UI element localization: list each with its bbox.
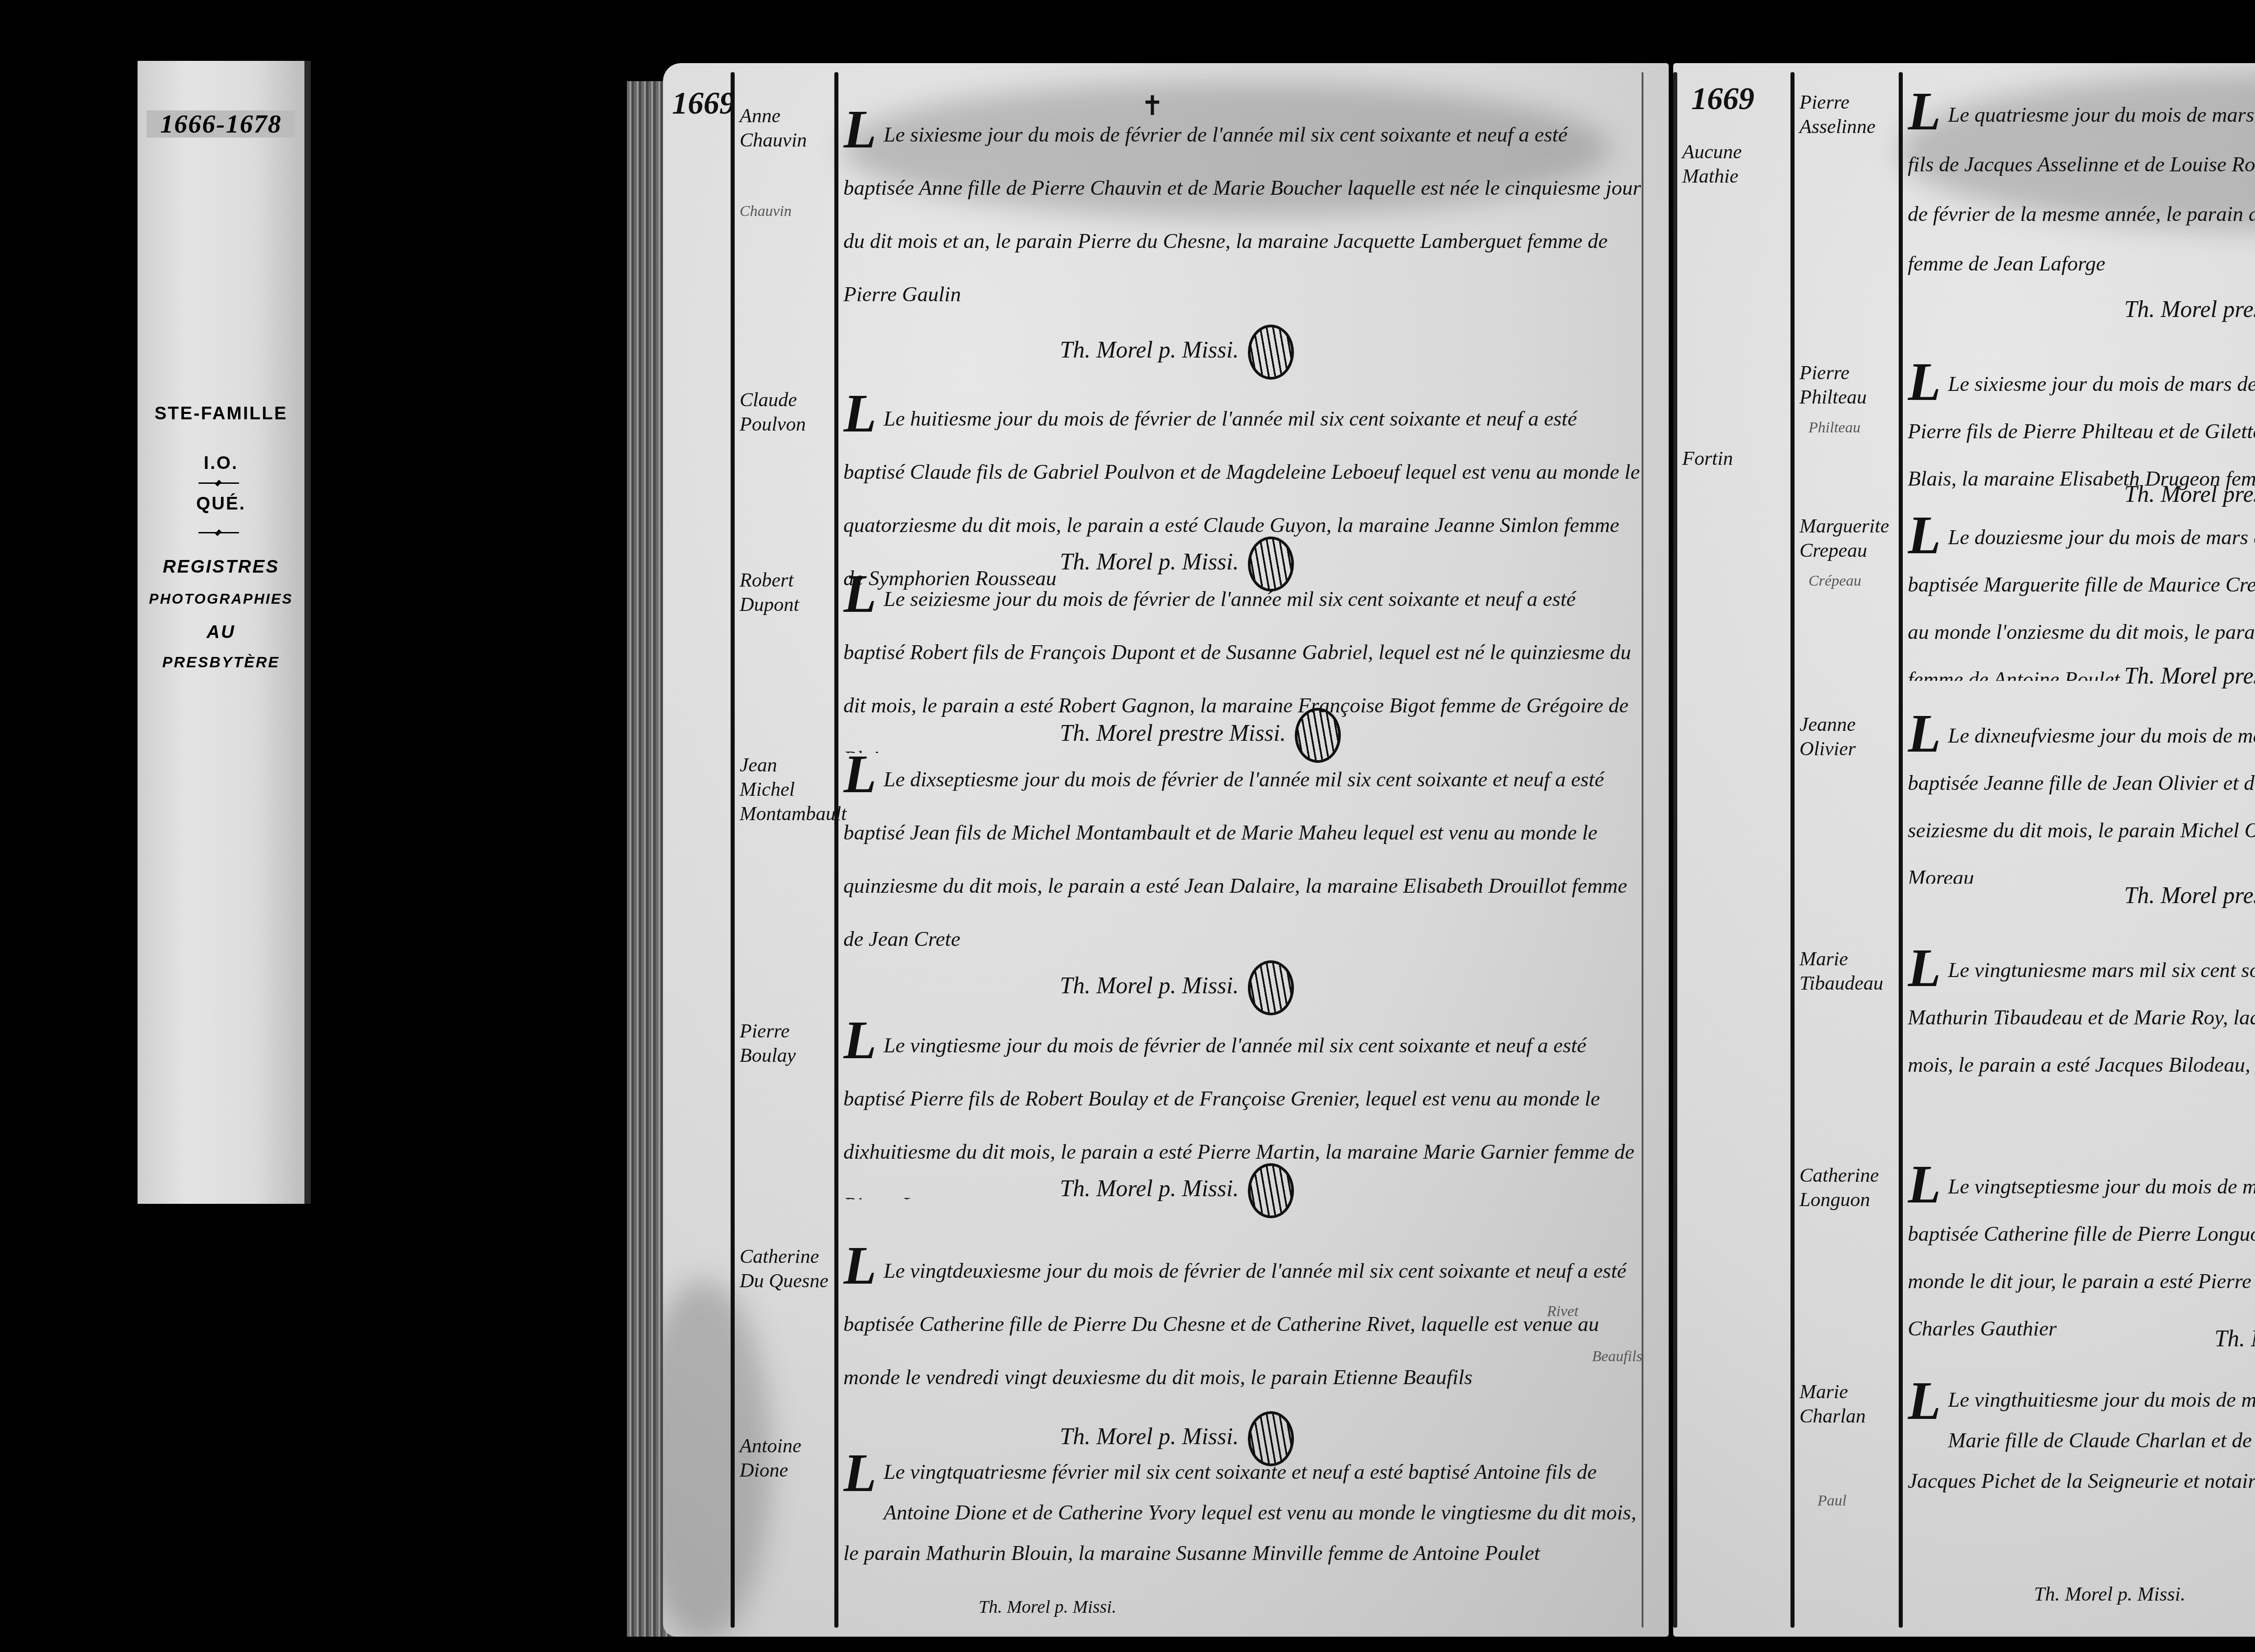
margin-name: Pierre Asselinne <box>1799 90 1894 139</box>
paraph-icon <box>1248 325 1294 380</box>
signature: Th. Morel p. Missi. <box>2214 1326 2255 1352</box>
spine-note-1: REGISTRES <box>138 557 304 577</box>
margin-name: Catherine Du Quesne <box>740 1244 830 1293</box>
margin-rule <box>1790 72 1795 1628</box>
page-year: 1669 <box>672 86 735 122</box>
margin-name: Pierre Philteau <box>1799 361 1894 409</box>
margin-name: Marie Tibaudeau <box>1799 947 1894 996</box>
pencil-note: Rivet <box>1547 1303 1578 1320</box>
margin-name: Pierre Boulay <box>740 1019 830 1068</box>
margin-name: Jean Michel Montambault <box>740 753 830 826</box>
pencil-note: Chauvin <box>740 203 792 220</box>
right-page: 1669 Aucune Mathie Fortin ✝ Pierre Assel… <box>1673 63 2255 1637</box>
fold-rule <box>1642 72 1643 1628</box>
signature: Th. Morel p. Missi. <box>1060 1163 1294 1218</box>
margin-name: Antoine Dione <box>740 1434 830 1482</box>
signature: Th. Morel prestre Missionnaire <box>2124 284 2255 339</box>
margin-name: Jeanne Olivier <box>1799 712 1894 761</box>
register-book: 1669 ✝ Anne Chauvin Chauvin LLe sixiesme… <box>627 63 2255 1641</box>
register-entry: LLe vingtseptiesme jour du mois de mars … <box>1908 1163 2255 1362</box>
margin-rule <box>1899 72 1903 1628</box>
register-entry: LLe vingthuitiesme jour du mois de mars … <box>1908 1380 2255 1578</box>
spine-note-4: PRESBYTÈRE <box>138 654 304 671</box>
signature: Th. Morel p. Missi. <box>979 1596 1116 1617</box>
signature: Th. Morel p. Missi. <box>1060 960 1294 1015</box>
margin-rule <box>731 72 735 1628</box>
margin-name: Catherine Longuon <box>1799 1163 1894 1212</box>
spine-divider <box>198 482 239 484</box>
left-page: 1669 ✝ Anne Chauvin Chauvin LLe sixiesme… <box>663 63 1669 1637</box>
pencil-note: Philteau <box>1809 419 1860 436</box>
spine-note-3: AU <box>138 622 304 642</box>
register-entry: LLe quatriesme jour du mois de mars mil … <box>1908 90 2255 302</box>
margin-rule <box>834 72 838 1628</box>
pencil-note: Beaufils <box>1592 1348 1642 1365</box>
pencil-note: Paul <box>1818 1492 1846 1510</box>
outer-margin-name: Fortin <box>1682 446 1781 471</box>
signature: Th. Morel p. Missi. <box>1060 325 1294 380</box>
register-entry: LLe dixneufviesme jour du mois de mars d… <box>1908 712 2255 884</box>
margin-name: Claude Poulvon <box>740 388 830 436</box>
register-entry: LLe vingtdeuxiesme jour du mois de févri… <box>843 1244 1642 1425</box>
outer-margin-name: Aucune Mathie <box>1682 140 1781 188</box>
register-entry: LLe vingtuniesme mars mil six cent soixa… <box>1908 947 2255 1145</box>
signature: Th. Morel prestre Missi. <box>2124 870 2255 925</box>
register-entry: LLe vingtquatriesme février mil six cent… <box>843 1452 1642 1614</box>
spine-parish: STE-FAMILLE <box>138 404 304 424</box>
paraph-icon <box>1248 960 1294 1015</box>
paraph-icon <box>1248 1163 1294 1218</box>
page-year: 1669 <box>1691 81 1754 117</box>
margin-name: Marie Charlan <box>1799 1380 1894 1428</box>
margin-name: Anne Chauvin <box>740 104 830 152</box>
signature: Th. Morel prestre Missi. <box>2124 663 2255 689</box>
spine-years: 1666-1678 <box>147 110 295 138</box>
gutter-rule <box>1673 72 1677 1628</box>
register-entry: LLe sixiesme jour du mois de février de … <box>843 108 1642 320</box>
spine-note-2: PHOTOGRAPHIES <box>138 591 304 607</box>
spine-island: I.O. <box>138 453 304 473</box>
margin-name: Robert Dupont <box>740 568 830 617</box>
margin-name: Marguerite Crepeau <box>1799 514 1894 563</box>
register-entry: LLe dixseptiesme jour du mois de février… <box>843 753 1642 956</box>
pencil-note: Crépeau <box>1809 573 1861 590</box>
signature: Th. Morel p. Missi. <box>2034 1583 2186 1606</box>
register-entry: LLe douziesme jour du mois de mars de l'… <box>1908 514 2255 681</box>
spine-province: QUÉ. <box>138 494 304 514</box>
spine-divider <box>198 532 239 533</box>
spine-label: 1666-1678 STE-FAMILLE I.O. QUÉ. REGISTRE… <box>138 61 311 1204</box>
